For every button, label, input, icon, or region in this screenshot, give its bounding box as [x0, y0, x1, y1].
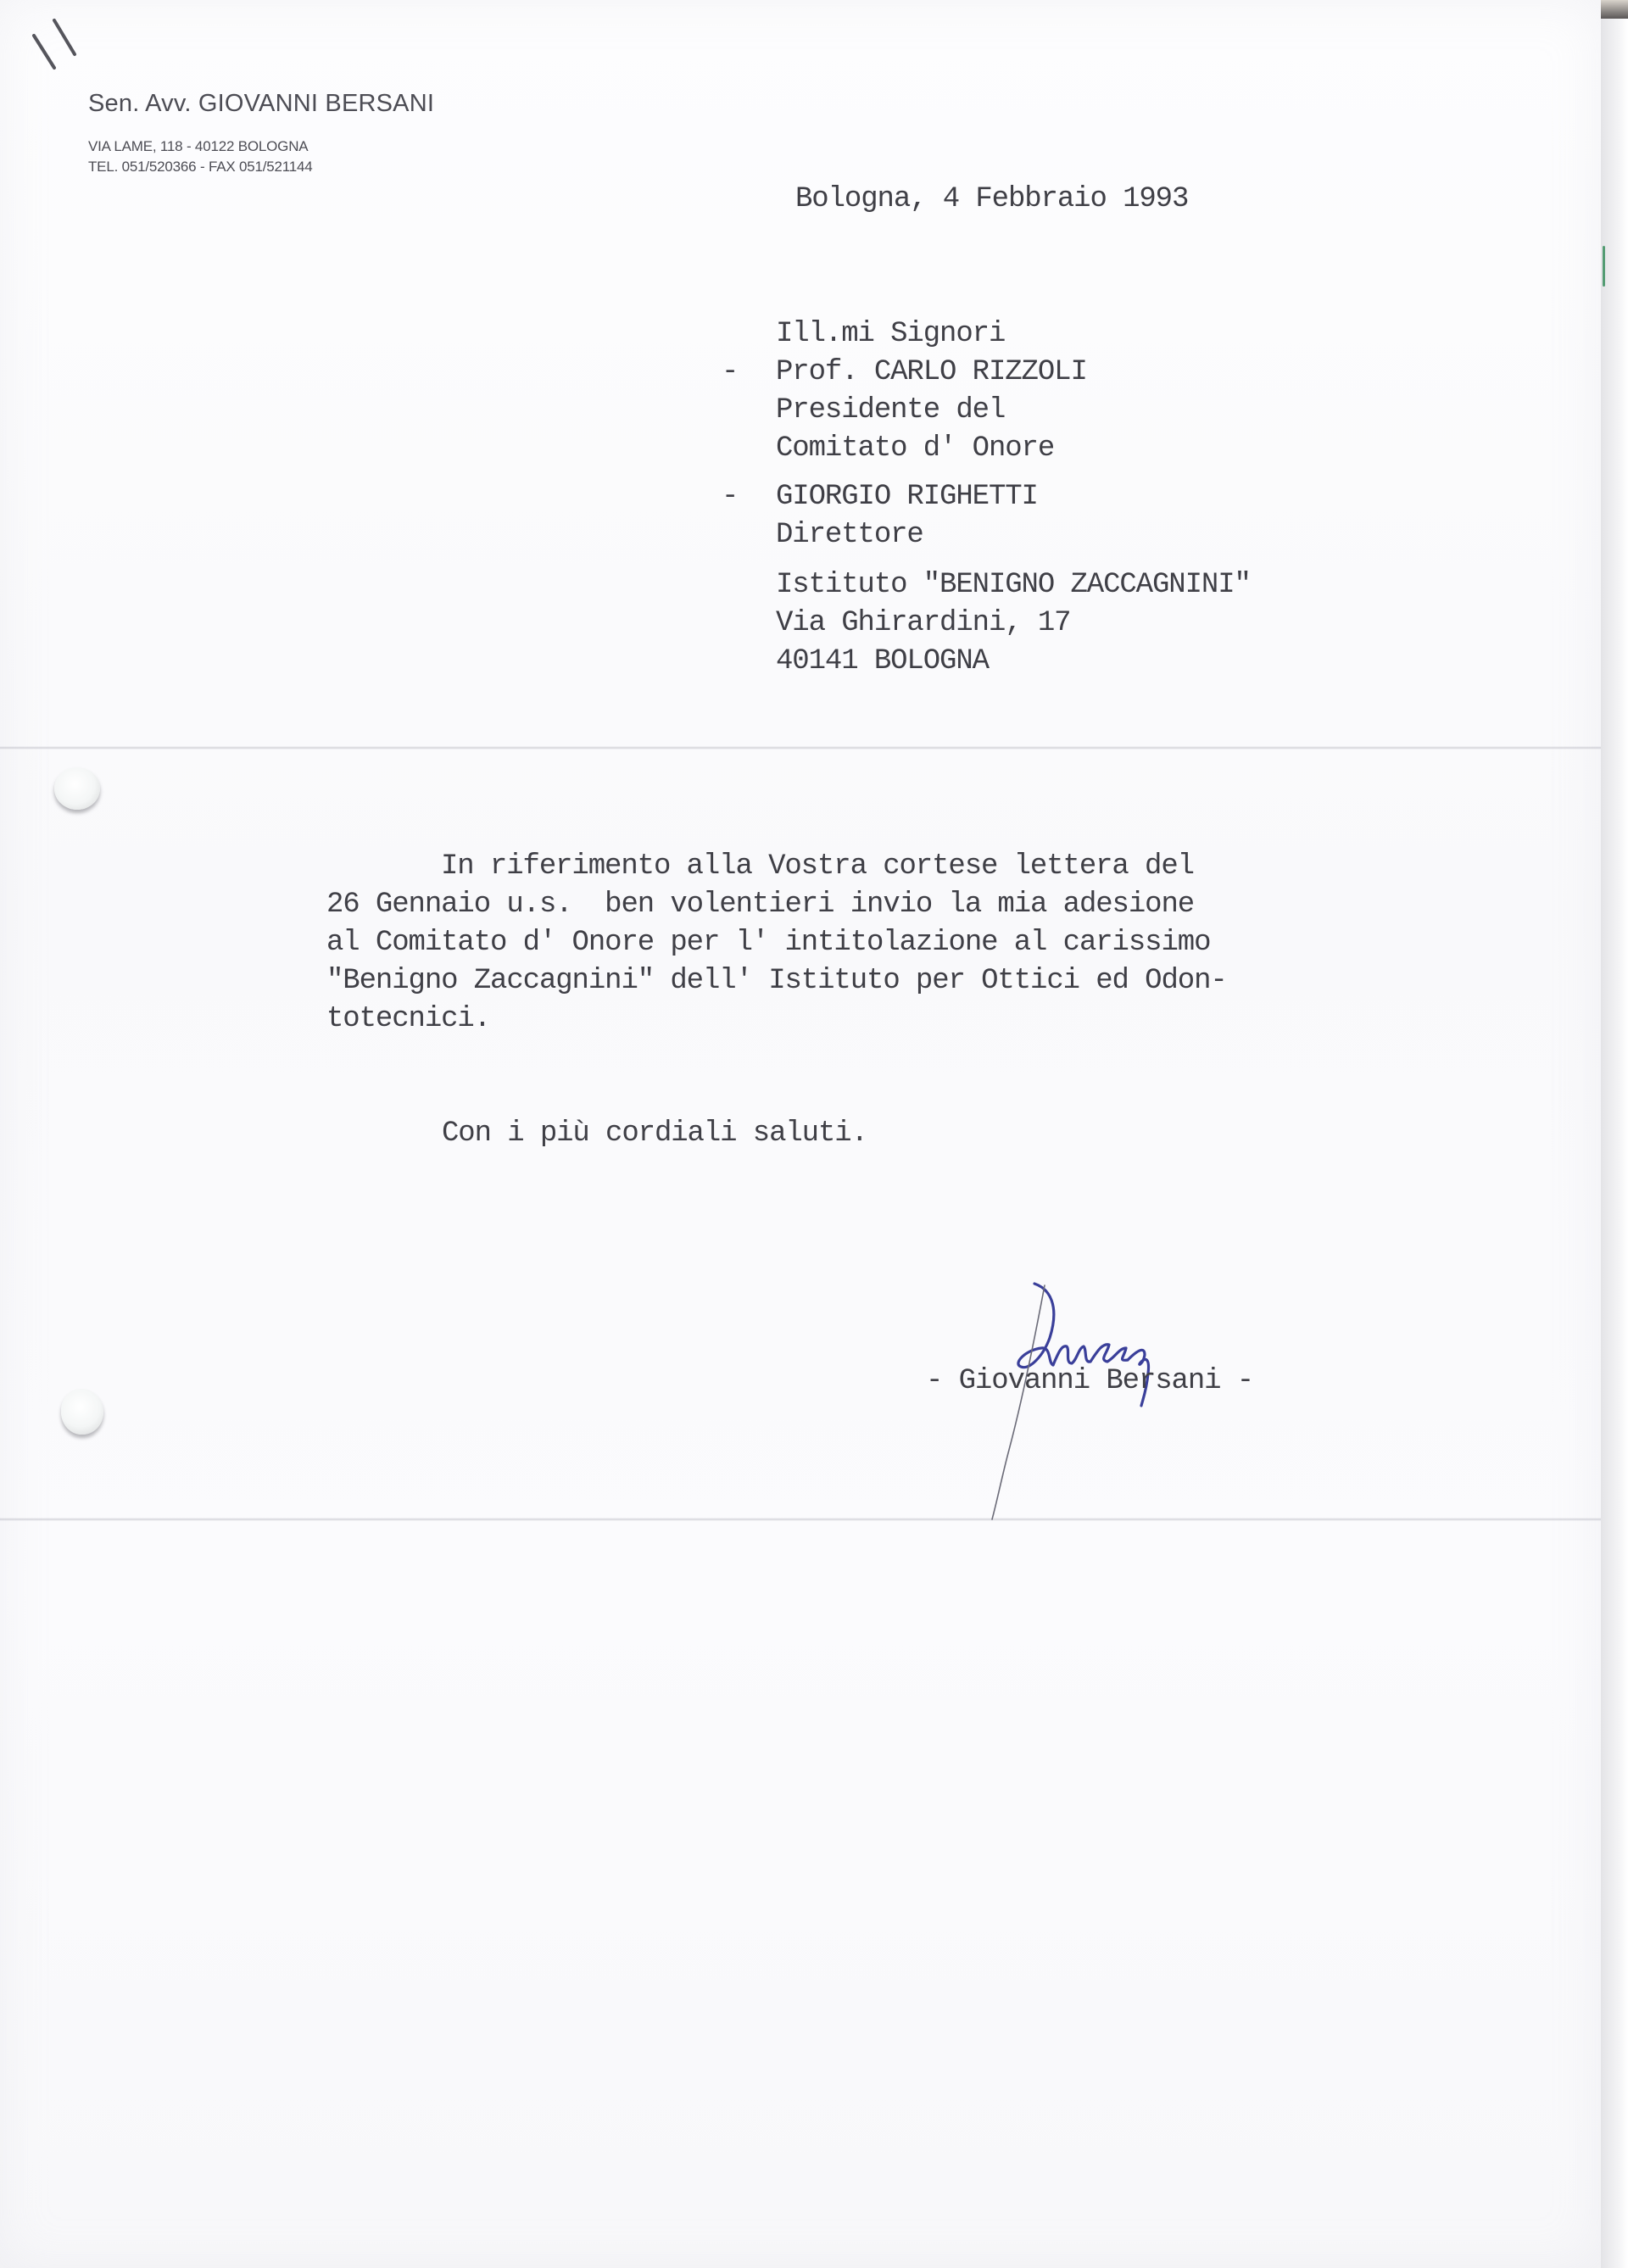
recipient-2-line-1: -GIORGIO RIGHETTI — [708, 478, 1251, 516]
body-line: totecnici. — [326, 1000, 1227, 1039]
punch-hole-lower — [61, 1389, 103, 1435]
body-line: In riferimento alla Vostra cortese lette… — [326, 848, 1227, 886]
pencil-tally-marks-icon — [31, 17, 98, 85]
closing-greeting: Con i più cordiali saluti. — [442, 1117, 867, 1150]
sender-contact: TEL. 051/520366 - FAX 051/521144 — [88, 157, 434, 177]
sender-address: VIA LAME, 118 - 40122 BOLOGNA — [88, 137, 434, 157]
institution-city: 40141 BOLOGNA — [708, 643, 1251, 681]
body-line: "Benigno Zaccagnini" dell' Istituto per … — [326, 962, 1227, 1000]
recipient-1-line-3: Comitato d' Onore — [708, 430, 1251, 468]
institution-street: Via Ghirardini, 17 — [708, 605, 1251, 643]
list-dash: - — [722, 478, 738, 516]
green-edge-mark — [1603, 246, 1605, 287]
letterhead: Sen. Avv. GIOVANNI BERSANI VIA LAME, 118… — [88, 90, 434, 177]
institution-name: Istituto "BENIGNO ZACCAGNINI" — [708, 566, 1251, 605]
punch-hole-upper — [54, 767, 100, 810]
salutation: Ill.mi Signori — [708, 315, 1251, 354]
recipient-address-block: Ill.mi Signori -Prof. CARLO RIZZOLI Pres… — [708, 315, 1251, 681]
sender-name: Sen. Avv. GIOVANNI BERSANI — [88, 90, 434, 118]
fold-line-upper — [0, 746, 1601, 749]
recipient-1-line-1: -Prof. CARLO RIZZOLI — [708, 354, 1251, 392]
letter-date: Bologna, 4 Febbraio 1993 — [795, 183, 1188, 215]
binder-clip-edge — [1601, 0, 1628, 19]
page-edge-strip — [1601, 0, 1628, 2268]
letter-body: In riferimento alla Vostra cortese lette… — [326, 848, 1227, 1039]
recipient-1-line-2: Presidente del — [708, 392, 1251, 430]
fold-line-lower — [0, 1518, 1601, 1521]
body-line: al Comitato d' Onore per l' intitolazion… — [326, 924, 1227, 962]
body-line: 26 Gennaio u.s. ben volentieri invio la … — [326, 886, 1227, 924]
signatory-name: - Giovanni Bersani - — [926, 1365, 1253, 1397]
recipient-2-line-2: Direttore — [708, 516, 1251, 554]
list-dash: - — [722, 354, 738, 392]
handwritten-signature-icon — [941, 1272, 1280, 1526]
